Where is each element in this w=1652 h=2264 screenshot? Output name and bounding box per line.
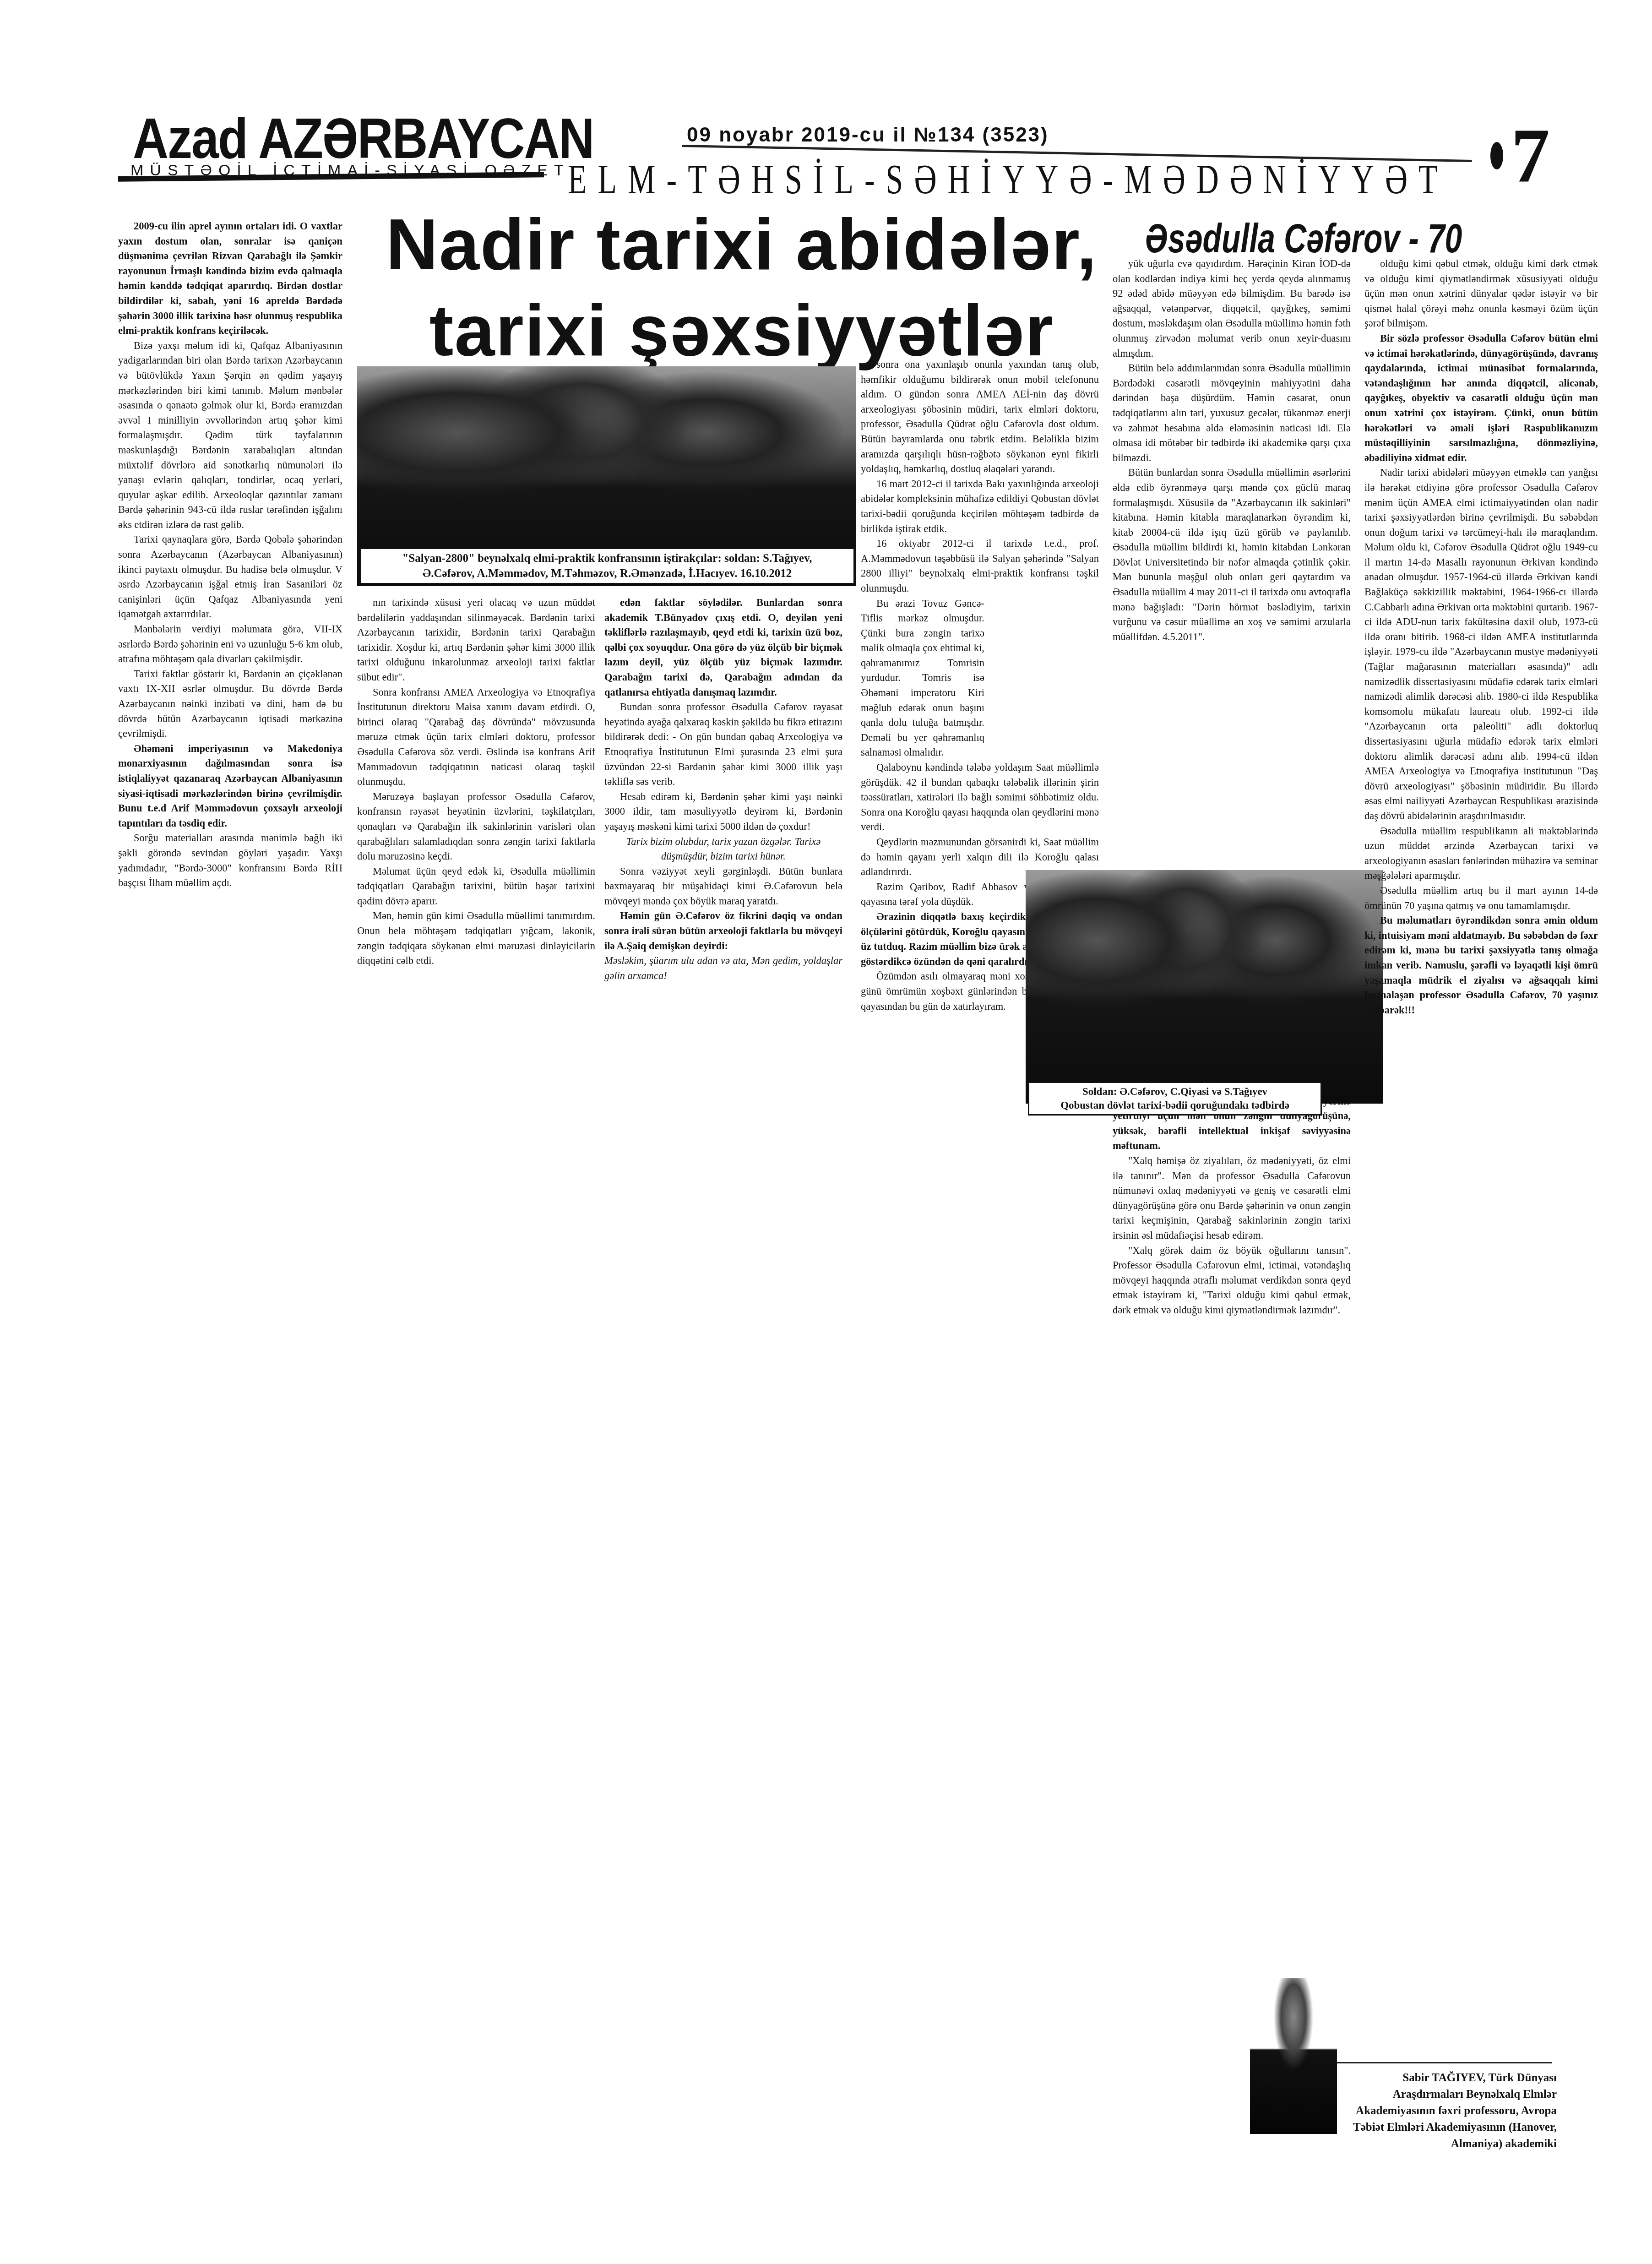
portrait-photo	[1250, 1978, 1337, 2134]
article-column-6: olduğu kimi qəbul etmək, olduğu kimi dər…	[1364, 256, 1598, 2029]
signature-rule	[1337, 2062, 1552, 2063]
paragraph: Əhəməni imperiyasının və Makedoniya mona…	[118, 741, 342, 831]
headline-line-1: Nadir tarixi abidələr,	[362, 201, 1122, 288]
verse-quote: Tarix bizim olubdur, tarix yazan özgələr…	[604, 834, 842, 864]
caption-line: Ə.Cəfərov, A.Məmmədov, M.Təhməzov, R.Əmə…	[364, 566, 850, 581]
paragraph: "Xalq görək daim öz böyük oğullarını tan…	[1113, 1243, 1351, 1318]
paragraph: yük uğurla evə qayıdırdım. Hərəçinin Kir…	[1113, 256, 1351, 361]
caption-line: Soldan: Ə.Cəfərov, C.Qiyasi və S.Tağıyev	[1033, 1085, 1317, 1099]
paragraph: Məruzəyə başlayan professor Əsədulla Cəf…	[357, 789, 595, 864]
article-column-2: nın tarixində xüsusi yeri olacaq və uzun…	[357, 595, 595, 2074]
paragraph: Nadir tarixi abidələri müəyyən etməklə c…	[1364, 465, 1598, 823]
paragraph: Hesab edirəm ki, Bərdənin şəhər kimi yaş…	[604, 789, 842, 834]
author-signature: Sabir TAĞIYEV, Türk Dünyası Araşdırmalar…	[1342, 2070, 1557, 2152]
paragraph: Bütün belə addımlarımdan sonra Əsədulla …	[1113, 361, 1351, 465]
article-kicker: Əsədulla Cəfərov - 70	[1145, 215, 1462, 261]
bullet-icon	[1490, 142, 1503, 169]
paragraph: 16 oktyabr 2012-ci il tarixdə t.e.d., pr…	[861, 536, 1099, 596]
paragraph: Bizə yaxşı məlum idi ki, Qafqaz Albaniya…	[118, 338, 342, 533]
caption-line: "Salyan-2800" beynəlxalq elmi-praktik ko…	[364, 551, 850, 566]
paragraph: Məlumat üçün qeyd edək ki, Əsədulla müəl…	[357, 864, 595, 909]
newspaper-title: Azad AZƏRBAYCAN	[133, 110, 594, 167]
paragraph: Tarixi faktlar göstərir ki, Bərdənin ən …	[118, 667, 342, 741]
paragraph: Əsədulla müəllim respublikanın ali məktə…	[1364, 824, 1598, 883]
paragraph: Sorğu materialları arasında mənimlə bağl…	[118, 831, 342, 890]
paragraph: Bu ərazi Tovuz Gəncə-Tiflis mərkəz olmuş…	[861, 596, 984, 761]
paragraph: Bu məlumatları öyrəndikdən sonra əmin ol…	[1364, 913, 1598, 1018]
section-title: ELM-TƏHSİL-SƏHİYYƏ-MƏDƏNİYYƏT	[568, 158, 1449, 200]
page-number: 7	[1511, 117, 1550, 195]
article-column-3: edən faktlar söylədilər. Bunlardan sonra…	[604, 595, 842, 2074]
paragraph: Bundan sonra professor Əsədulla Cəfərov …	[604, 700, 842, 789]
article-column-4: sonra ona yaxınlaşıb onunla yaxından tan…	[861, 357, 1099, 2074]
issue-date-number: 09 noyabr 2019-cu il №134 (3523)	[687, 124, 1049, 147]
paragraph: nın tarixində xüsusi yeri olacaq və uzun…	[357, 595, 595, 685]
caption-line: Qobustan dövlət tarixi-bədii qoruğundakı…	[1033, 1099, 1317, 1112]
paragraph: Sonra konfransı AMEA Arxeologiya və Etno…	[357, 685, 595, 789]
article-headline: Nadir tarixi abidələr, tarixi şəxsiyyətl…	[362, 201, 1122, 374]
author-name: Sabir TAĞIYEV,	[1402, 2072, 1486, 2084]
paragraph: olduğu kimi qəbul etmək, olduğu kimi dər…	[1364, 256, 1598, 331]
paragraph: Mən, həmin gün kimi Əsədulla müəllimi ta…	[357, 909, 595, 968]
paragraph: Qalaboynu kəndində tələbə yoldaşım Saat …	[861, 760, 1099, 835]
article-column-5: yük uğurla evə qayıdırdım. Hərəçinin Kir…	[1113, 256, 1351, 2074]
paragraph: 16 mart 2012-ci il tarixdə Bakı yaxınlığ…	[861, 477, 1099, 536]
verse-quote: Məsləkim, şüarım ulu adan və ata, Mən ge…	[604, 953, 842, 983]
paragraph: Sonra vəziyyət xeyli gərginləşdi. Bütün …	[604, 864, 842, 909]
paragraph: Bütün bunlardan sonra Əsədulla müəllimin…	[1113, 465, 1351, 644]
paragraph: "Xalq həmişə öz ziyalıları, öz mədəniyyə…	[1113, 1154, 1351, 1243]
paragraph: sonra ona yaxınlaşıb onunla yaxından tan…	[861, 357, 1099, 477]
photo-caption-salyan: "Salyan-2800" beynəlxalq elmi-praktik ko…	[359, 548, 855, 584]
qobustan-event-photo	[1026, 870, 1383, 1104]
paragraph: Mənbələrin verdiyi məlumata görə, VII-IX…	[118, 622, 342, 667]
paragraph: Tarixi qaynaqlara görə, Bərdə Qobələ şəh…	[118, 532, 342, 622]
paragraph: Əsədulla müəllim artıq bu il mart ayının…	[1364, 883, 1598, 913]
paragraph: Həmin gün Ə.Cəfərov öz fikrini dəqiq və …	[604, 909, 842, 953]
photo-caption-qobustan: Soldan: Ə.Cəfərov, C.Qiyasi və S.Tağıyev…	[1028, 1082, 1322, 1116]
paragraph: edən faktlar söylədilər. Bunlardan sonra…	[604, 595, 842, 700]
article-column-1: 2009-cu ilin aprel ayının ortaları idi. …	[118, 219, 342, 2074]
paragraph: Bir sözlə professor Əsədulla Cəfərov büt…	[1364, 331, 1598, 465]
paragraph: 2009-cu ilin aprel ayının ortaları idi. …	[118, 219, 342, 338]
